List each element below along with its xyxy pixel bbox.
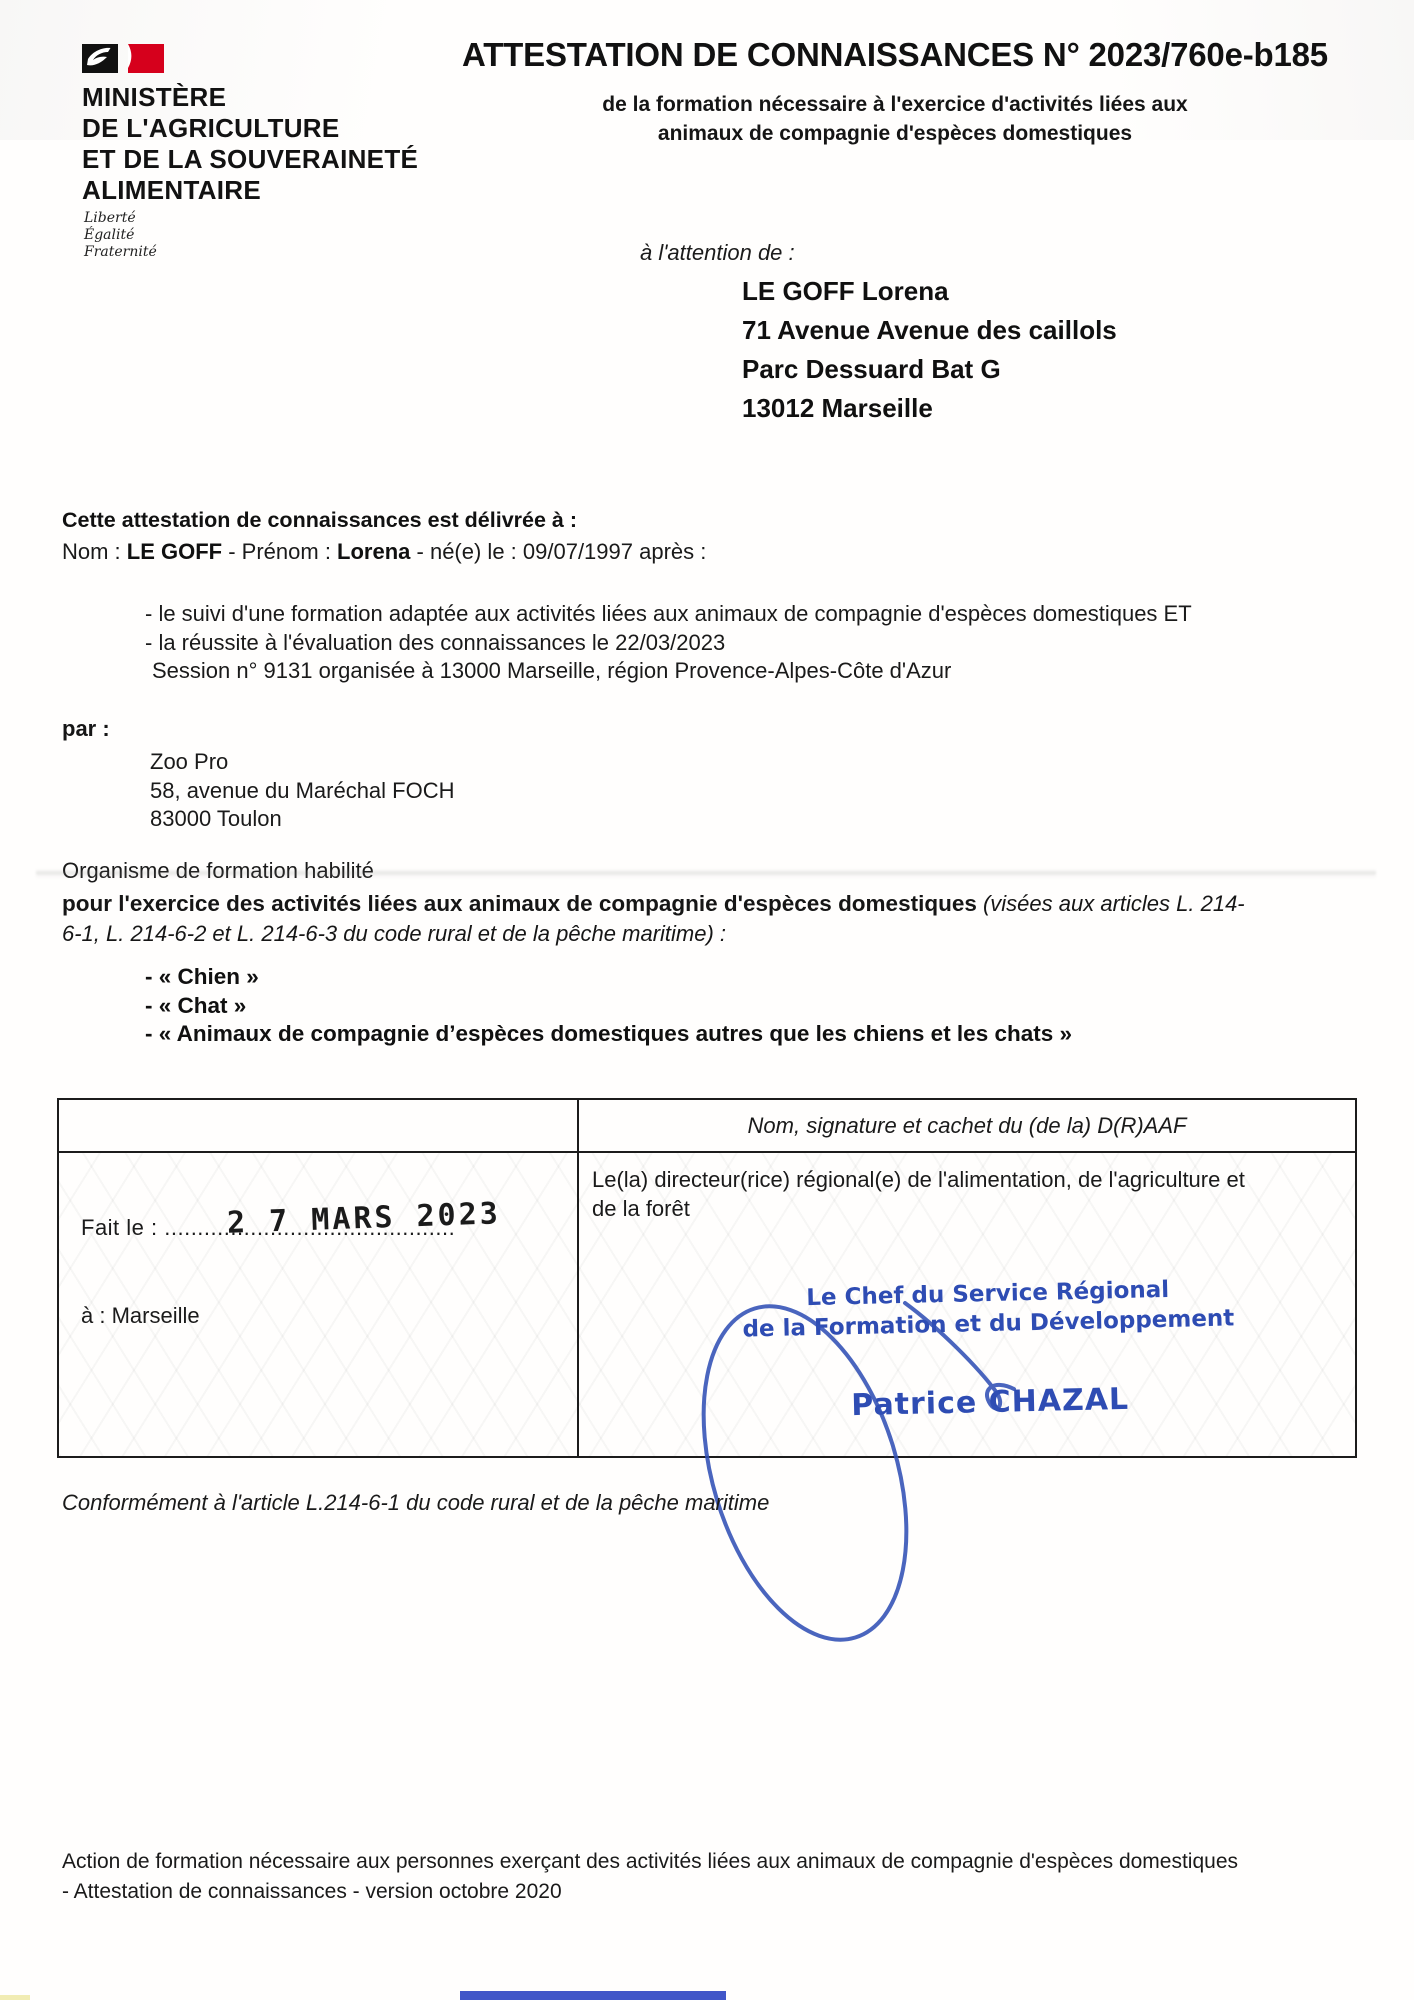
category-item: - « Chat » bbox=[145, 992, 1072, 1021]
director-title-line: Le(la) directeur(rice) régional(e) de l'… bbox=[592, 1165, 1345, 1194]
signature-table: Nom, signature et cachet du (de la) D(R)… bbox=[57, 1098, 1357, 1458]
attestation-subtitle: de la formation nécessaire à l'exercice … bbox=[430, 90, 1360, 148]
scope-line-1: pour l'exercice des activités liées aux … bbox=[62, 889, 1245, 919]
footer-line: Action de formation nécessaire aux perso… bbox=[62, 1847, 1238, 1877]
birthdate-text: - né(e) le : 09/07/1997 après : bbox=[410, 539, 706, 564]
session-line: Session n° 9131 organisée à 13000 Marsei… bbox=[145, 657, 1192, 686]
scan-crease bbox=[36, 869, 1376, 879]
nom-label: Nom : bbox=[62, 539, 127, 564]
ministry-name: MINISTÈRE DE L'AGRICULTURE ET DE LA SOUV… bbox=[82, 82, 418, 206]
stamp-signer-name: Patrice CHAZAL bbox=[680, 1378, 1301, 1427]
attention-label: à l'attention de : bbox=[640, 240, 795, 266]
ministry-name-line: DE L'AGRICULTURE bbox=[82, 113, 418, 144]
director-title: Le(la) directeur(rice) régional(e) de l'… bbox=[579, 1153, 1355, 1223]
scan-blue-bar bbox=[460, 1991, 726, 2000]
recipient-city: 13012 Marseille bbox=[742, 389, 1117, 428]
category-item: - « Animaux de compagnie d’espèces domes… bbox=[145, 1020, 1072, 1049]
ministry-name-line: MINISTÈRE bbox=[82, 82, 418, 113]
recipient-name: LE GOFF Lorena bbox=[742, 272, 1117, 311]
scan-yellow-mark bbox=[0, 1995, 30, 2000]
ministry-logo bbox=[82, 44, 164, 78]
provider-name: Zoo Pro bbox=[150, 748, 455, 777]
recipient-building: Parc Dessuard Bat G bbox=[742, 350, 1117, 389]
table-header-row: Nom, signature et cachet du (de la) D(R)… bbox=[59, 1100, 1355, 1153]
motto-line: Égalité bbox=[84, 227, 157, 244]
table-body-row: Fait le : ..............................… bbox=[59, 1153, 1355, 1456]
director-title-line: de la forêt bbox=[592, 1194, 1345, 1223]
motto-line: Liberté bbox=[84, 210, 157, 227]
training-items: - le suivi d'une formation adaptée aux a… bbox=[145, 600, 1192, 686]
title-block: ATTESTATION DE CONNAISSANCES N° 2023/760… bbox=[430, 36, 1360, 148]
date-place-cell: Fait le : ..............................… bbox=[59, 1153, 579, 1456]
footer-line: - Attestation de connaissances - version… bbox=[62, 1877, 1238, 1907]
category-item: - « Chien » bbox=[145, 963, 1072, 992]
table-header-daaf: Nom, signature et cachet du (de la) D(R)… bbox=[579, 1100, 1355, 1151]
scope-italic-text: (visées aux articles L. 214- bbox=[977, 891, 1245, 916]
provider-address: Zoo Pro 58, avenue du Maréchal FOCH 8300… bbox=[150, 748, 455, 834]
category-list: - « Chien » - « Chat » - « Animaux de co… bbox=[145, 963, 1072, 1049]
prenom-label: - Prénom : bbox=[222, 539, 337, 564]
ministry-motto: Liberté Égalité Fraternité bbox=[84, 210, 157, 261]
delivery-heading: Cette attestation de connaissances est d… bbox=[62, 508, 577, 533]
motto-line: Fraternité bbox=[84, 244, 157, 261]
date-stamp: 2 7 MARS 2023 bbox=[226, 1196, 501, 1241]
srfd-stamp: Le Chef du Service Régional de la Format… bbox=[677, 1272, 1300, 1427]
subtitle-line: de la formation nécessaire à l'exercice … bbox=[430, 90, 1360, 119]
provider-city: 83000 Toulon bbox=[150, 805, 455, 834]
scope-line-2: 6-1, L. 214-6-2 et L. 214-6-3 du code ru… bbox=[62, 919, 1245, 949]
prenom-value: Lorena bbox=[337, 539, 410, 564]
legal-note: Conformément à l'article L.214-6-1 du co… bbox=[62, 1490, 769, 1516]
footer-note: Action de formation nécessaire aux perso… bbox=[62, 1847, 1238, 1906]
training-item: - la réussite à l'évaluation des connais… bbox=[145, 629, 1192, 658]
place-line: à : Marseille bbox=[81, 1303, 200, 1329]
signature-cell: Le(la) directeur(rice) régional(e) de l'… bbox=[579, 1153, 1355, 1456]
recipient-address: LE GOFF Lorena 71 Avenue Avenue des cail… bbox=[742, 272, 1117, 428]
recipient-street: 71 Avenue Avenue des caillols bbox=[742, 311, 1117, 350]
par-label: par : bbox=[62, 716, 110, 742]
provider-street: 58, avenue du Maréchal FOCH bbox=[150, 777, 455, 806]
scope-paragraph: pour l'exercice des activités liées aux … bbox=[62, 889, 1245, 948]
attestation-title: ATTESTATION DE CONNAISSANCES N° 2023/760… bbox=[430, 36, 1360, 74]
nom-value: LE GOFF bbox=[127, 539, 222, 564]
training-item: - le suivi d'une formation adaptée aux a… bbox=[145, 600, 1192, 629]
subtitle-line: animaux de compagnie d'espèces domestiqu… bbox=[430, 119, 1360, 148]
ministry-name-line: ALIMENTAIRE bbox=[82, 175, 418, 206]
scanned-attestation-page: MINISTÈRE DE L'AGRICULTURE ET DE LA SOUV… bbox=[0, 0, 1414, 2000]
identity-line: Nom : LE GOFF - Prénom : Lorena - né(e) … bbox=[62, 539, 706, 565]
scope-bold-text: pour l'exercice des activités liées aux … bbox=[62, 891, 977, 916]
ministry-name-line: ET DE LA SOUVERAINETÉ bbox=[82, 144, 418, 175]
marianne-flag-icon bbox=[82, 44, 164, 73]
handwritten-signature-icon bbox=[639, 1183, 1159, 1723]
table-header-left-cell bbox=[59, 1100, 579, 1151]
